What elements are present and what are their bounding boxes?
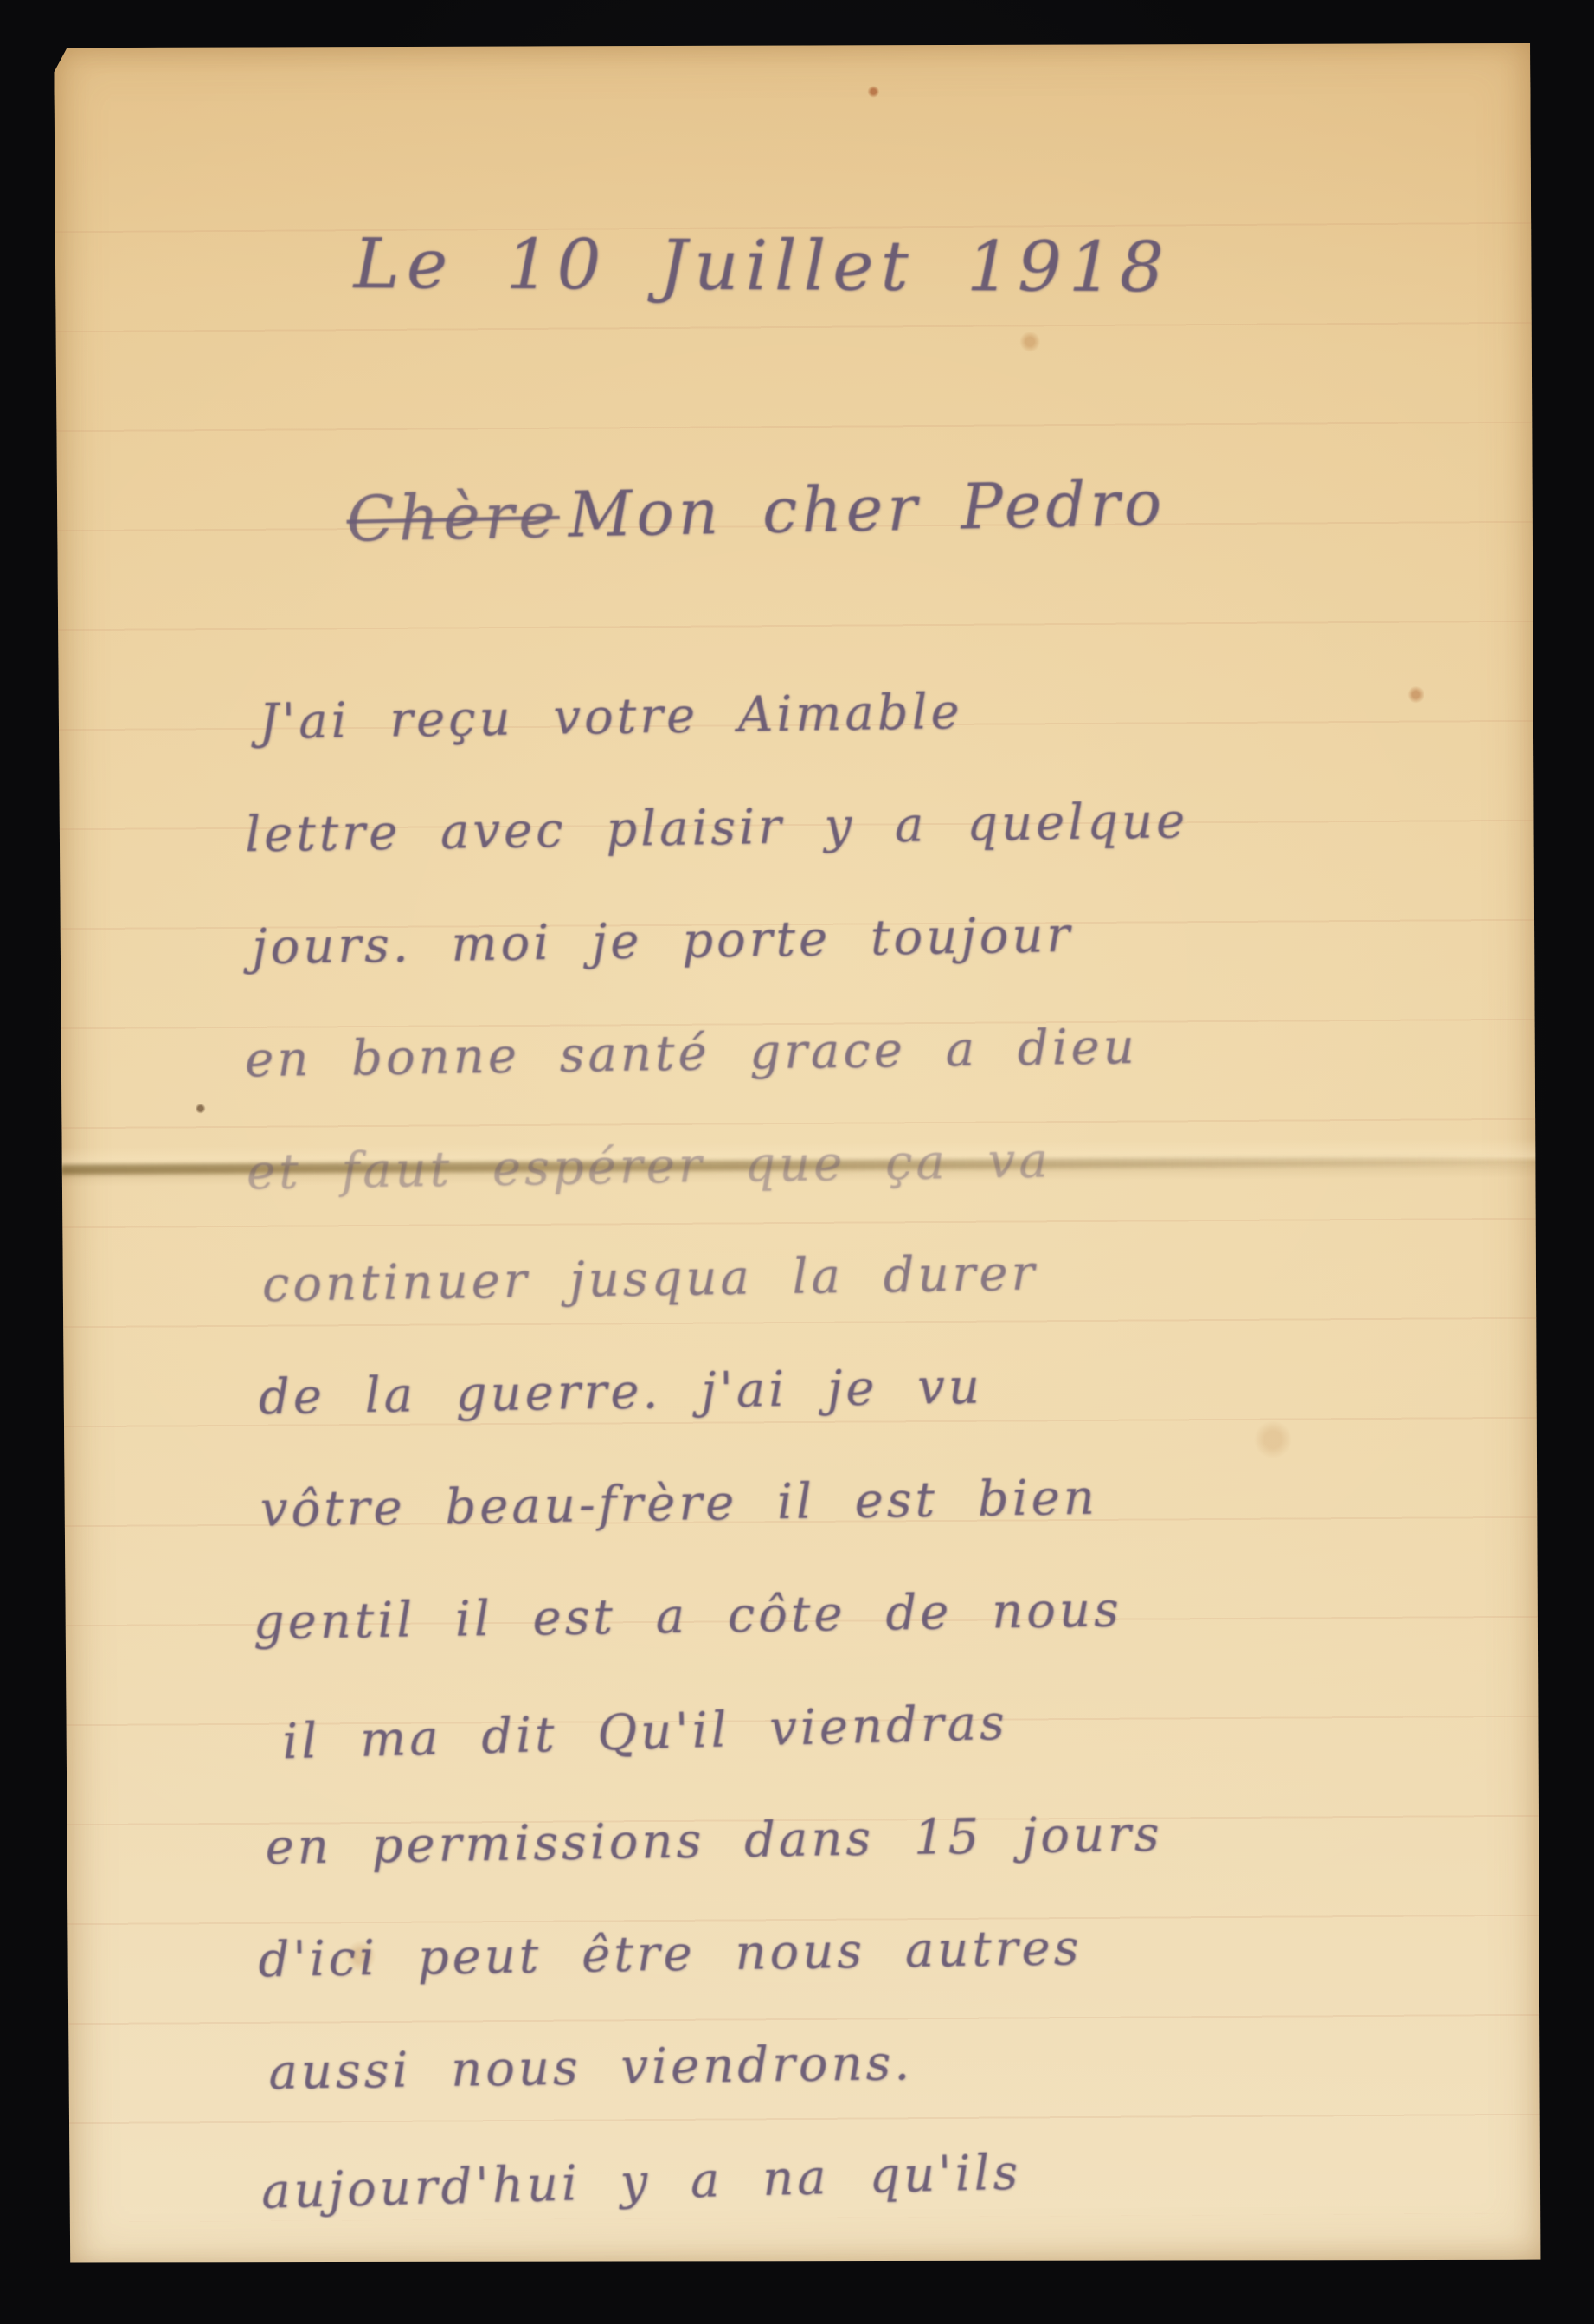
- handwritten-line: continuer jusqua la durer: [261, 1239, 1507, 1369]
- handwritten-line: en bonne santé grace a dieu: [245, 1014, 1505, 1145]
- letter-body: J'ai reçu votre Aimable lettre avec plai…: [235, 676, 1521, 2269]
- handwritten-line: lettre avec plaisir y a quelque: [245, 789, 1501, 919]
- scan-background: Le 10 Juillet 1918 ChèreMon cher Pedro J…: [0, 0, 1594, 2324]
- handwritten-line: d'ici peut être nous autres: [258, 1914, 1518, 2045]
- handwritten-line: jours. moi je porte toujour: [252, 901, 1503, 1032]
- handwritten-line: en permissions dans 15 jours: [265, 1801, 1516, 1932]
- handwritten-line: J'ai reçu votre Aimable: [259, 676, 1500, 807]
- letter-paper: Le 10 Juillet 1918 ChèreMon cher Pedro J…: [54, 39, 1544, 2269]
- salutation-text: Mon cher Pedro: [568, 467, 1167, 551]
- crossed-out-word: Chère: [346, 479, 561, 556]
- letter-date: Le 10 Juillet 1918: [354, 223, 1171, 307]
- handwritten-line: et faut espérer que ça va: [247, 1126, 1507, 1258]
- handwritten-line: vôtre beau-frère il est bien: [260, 1464, 1511, 1594]
- handwritten-line: de la guerre. j'ai je vu: [258, 1351, 1509, 1482]
